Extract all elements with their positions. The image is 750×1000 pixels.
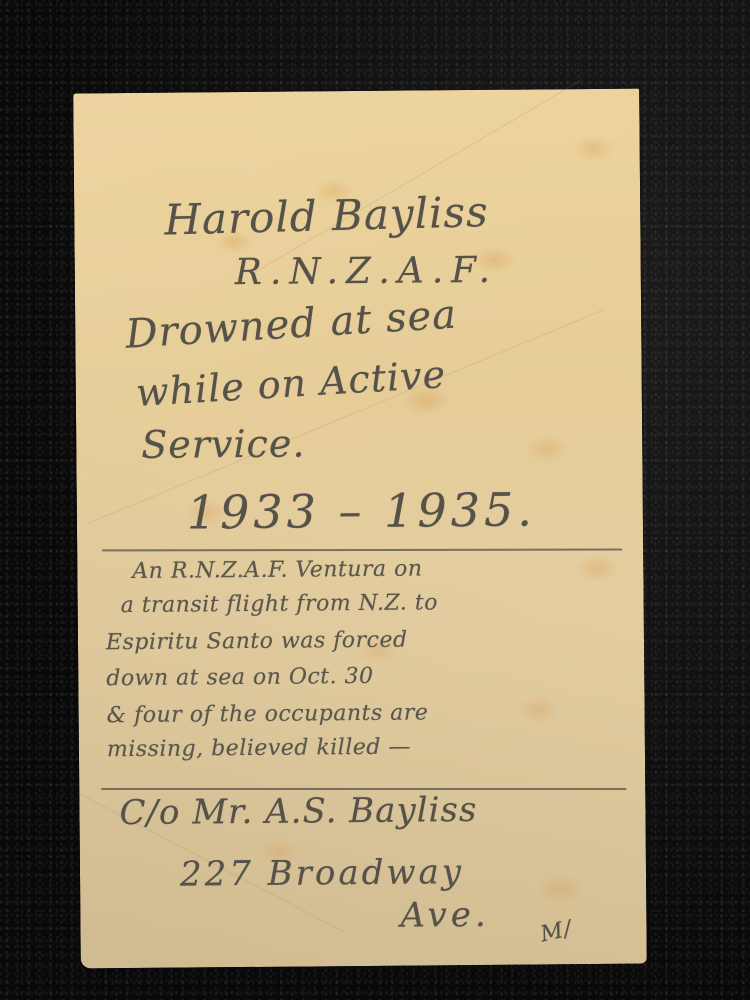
deceased-name: Harold Bayliss: [164, 187, 489, 244]
epitaph-line-3: Service.: [141, 421, 306, 466]
paper-crease: [255, 79, 583, 273]
years-of-service: 1933 – 1935.: [187, 482, 536, 539]
epitaph-line-1: Drowned at sea: [124, 292, 458, 358]
note-line-5: & four of the occupants are: [107, 700, 429, 728]
service-unit: R.N.Z.A.F.: [235, 250, 499, 293]
note-line-6: missing, believed killed —: [107, 735, 411, 763]
note-line-4: down at sea on Oct. 30: [106, 664, 373, 691]
address-recipient: C/o Mr. A.S. Bayliss: [119, 790, 477, 833]
divider-line-bottom: [101, 788, 626, 790]
note-line-3: Espiritu Santo was forced: [106, 628, 408, 656]
address-street: 227 Broadway: [180, 852, 464, 894]
note-line-2: a transit flight from N.Z. to: [121, 590, 438, 618]
initial-mark: M/: [538, 916, 575, 947]
address-suffix: Ave.: [400, 895, 490, 936]
divider-line-top: [102, 549, 622, 551]
epitaph-line-2: while on Active: [135, 352, 448, 415]
aged-paper-note: Harold Bayliss R.N.Z.A.F. Drowned at sea…: [73, 89, 647, 969]
note-line-1: An R.N.Z.A.F. Ventura on: [132, 556, 422, 584]
